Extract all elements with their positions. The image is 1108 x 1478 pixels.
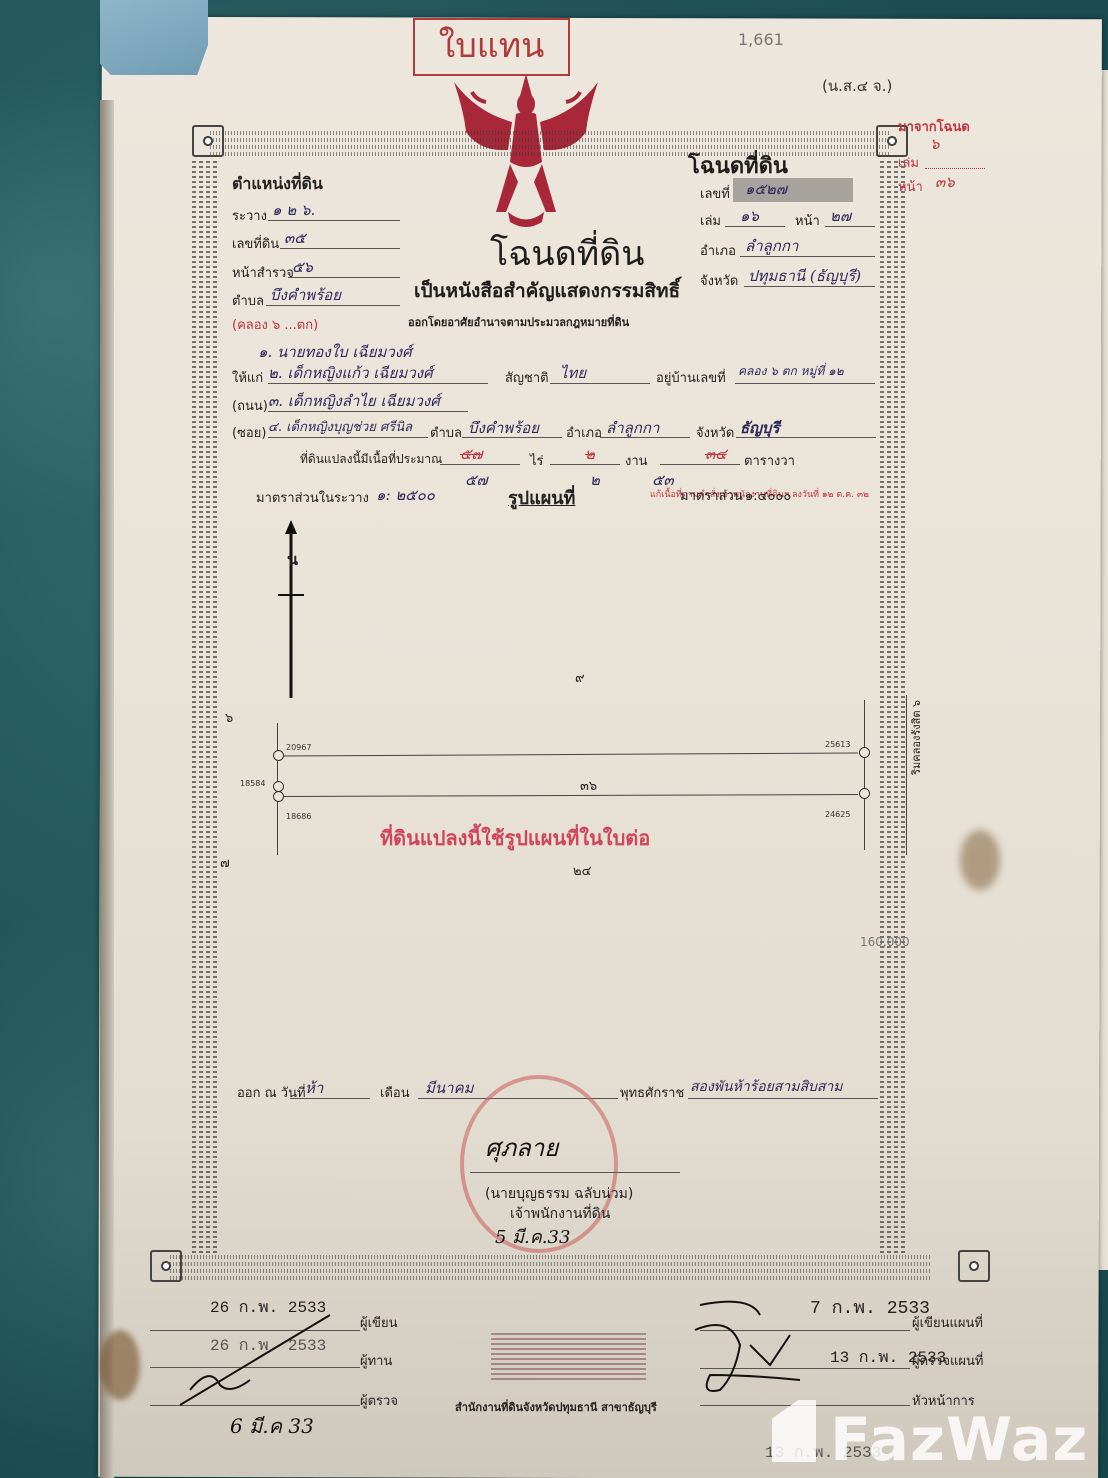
area-label: ที่ดินแปลงนี้มีเนื้อที่ประมาณ [300, 450, 442, 469]
field-line [268, 220, 400, 221]
field-label-parcel-no: เลขที่ดิน [232, 233, 279, 254]
field-line [462, 437, 562, 438]
west-adjacent-parcel: ๖ [225, 707, 233, 728]
issued-month: มีนาคม [425, 1076, 474, 1100]
issued-prefix: ออก ณ วันที่ [237, 1082, 306, 1103]
soi-label: (ซอย) [232, 422, 266, 443]
field-value-survey-page: ๕๖ [292, 255, 313, 279]
tambon-label: ตำบล [430, 422, 462, 443]
field-value-sheet: ๑ ๒ ๖. [272, 198, 315, 222]
security-border-bottom [170, 1252, 930, 1280]
map-continuation-stamp: ที่ดินแปลงนี้ใช้รูปแผนที่ในใบต่อ [380, 822, 650, 854]
field-line [600, 437, 690, 438]
issued-handwritten-date: 5 มี.ค.33 [495, 1222, 570, 1251]
owner-3: ๓. เด็กหญิงลำไย เฉียมวงศ์ [268, 389, 440, 413]
ngan-label: งาน [625, 450, 648, 471]
owner-2: ๒. เด็กหญิงแก้ว เฉียมวงศ์ [268, 361, 433, 385]
owner-4: ๔. เด็กหญิงบุญช่วย ศรีนิล [268, 416, 412, 437]
canal-line [906, 695, 907, 855]
deed-label-page: หน้า [795, 210, 820, 231]
nationality-value: ไทย [560, 361, 586, 385]
replacement-copy-label: ใบแทน [413, 18, 570, 76]
writer-role: ผู้เขียน [360, 1312, 397, 1333]
parcel-number-label: ๓๖ [580, 775, 597, 796]
field-line [290, 1098, 370, 1099]
field-line [736, 437, 876, 438]
month-label: เดือน [380, 1082, 410, 1103]
field-line [825, 226, 875, 227]
document-authority: ออกโดยอาศัยอำนาจตามประมวลกฎหมายที่ดิน [408, 313, 629, 331]
southwest-parcel: ๗ [220, 852, 230, 873]
field-line [725, 226, 785, 227]
document-subtitle: เป็นหนังสือสำคัญแสดงกรรมสิทธิ์ [414, 276, 680, 306]
province-label: จังหวัด [696, 422, 734, 443]
margin-note-page-value: ๓๖ [935, 170, 955, 194]
security-border-left [192, 158, 218, 1253]
map-heading: รูปแผนที่ [508, 483, 575, 512]
signature-line [470, 1172, 680, 1173]
official-signature: ศุภลาย [485, 1128, 558, 1167]
deed-label-number: เลขที่ [700, 183, 730, 204]
deed-label-province: จังหวัด [700, 270, 738, 291]
inspector-role: ผู้ตรวจ [360, 1390, 398, 1411]
pencil-number: 1,661 [738, 30, 784, 49]
field-label-tambon: ตำบล [232, 290, 264, 311]
red-canal-note: (คลอง ๖ ...ตก) [232, 314, 318, 335]
pin-label: 20967 [286, 743, 311, 752]
land-position-heading: ตำแหน่งที่ดิน [232, 172, 323, 197]
margin-note-book-label: เล่ม [898, 152, 919, 173]
boundary-pin [273, 791, 284, 802]
deed-label-book: เล่ม [700, 210, 721, 231]
boundary-pin [859, 747, 870, 758]
corner-ornament-icon [150, 1250, 182, 1282]
pencil-price-note: 160,000 [860, 935, 910, 949]
field-line [740, 256, 875, 257]
map-scale-label: มาตราส่วน [680, 485, 743, 506]
paper-shadow-edge [100, 100, 114, 1478]
reviewer-role: ผู้ทาน [360, 1350, 392, 1371]
field-line [660, 464, 740, 465]
security-border-top [210, 128, 890, 156]
area-ngan: ๒ [590, 468, 600, 492]
field-line [550, 383, 650, 384]
boundary-pin [273, 750, 284, 761]
map-scale-value: ๑:๔๐๐๐ [745, 485, 791, 506]
field-line [266, 305, 400, 306]
deed-label-amphoe: อำเภอ [700, 240, 736, 261]
margin-note-line [925, 168, 985, 169]
nationality-label: สัญชาติ [505, 367, 549, 388]
field-line [288, 277, 400, 278]
field-line [268, 411, 468, 412]
north-label: น [287, 548, 298, 573]
field-value-parcel-no: ๓๕ [284, 226, 306, 250]
boundary-pin [859, 788, 870, 799]
map-checker-role: ผู้ตรวจแผนที่ [912, 1350, 983, 1371]
address-value: คลอง ๖ ตก หมู่ที่ ๑๒ [738, 362, 844, 381]
deed-value-province: ปทุมธานี (ธัญบุรี) [748, 264, 861, 288]
issued-year: สองพันห้าร้อยสามสิบสาม [690, 1076, 843, 1098]
map-signatures [690, 1295, 890, 1410]
deed-value-amphoe: ลำลูกกา [745, 234, 798, 258]
issued-day: ห้า [305, 1076, 323, 1100]
issuing-office: สำนักงานที่ดินจังหวัดปทุมธานี สาขาธัญบุร… [455, 1398, 657, 1416]
area-wa-crossed: ๓๔ [705, 442, 727, 466]
field-label-survey-page: หน้าสำรวจ [232, 262, 294, 283]
field-line [280, 248, 400, 249]
east-canal-label: ริมคลองรังสิต ๖ [908, 700, 926, 775]
deed-value-number: ๑๕๒๗ [745, 177, 787, 201]
amphoe-label: อำเภอ [566, 422, 602, 443]
watermark: FazWaz [830, 1405, 1088, 1475]
pin-label: 24625 [825, 810, 850, 819]
form-code: (น.ส.๔ จ.) [822, 74, 892, 98]
address-label: อยู่บ้านเลขที่ [656, 367, 726, 388]
area-ngan-crossed: ๒ [585, 442, 595, 466]
map-boundary-east [864, 700, 865, 850]
field-line [550, 464, 620, 465]
sheet-scale-label: มาตราส่วนในระวาง [256, 487, 369, 508]
inspector-signature [170, 1305, 350, 1415]
north-adjacent-parcel: ๙ [575, 667, 585, 688]
margin-note-value: ๖ [930, 132, 940, 156]
corner-ornament-icon [958, 1250, 990, 1282]
field-line [440, 464, 520, 465]
pin-label: 18686 [286, 812, 311, 821]
area-rai-crossed: ๕๗ [460, 442, 483, 466]
south-adjacent-parcel: ๒๔ [573, 860, 591, 881]
rai-label: ไร่ [530, 450, 544, 471]
pin-label: 18584 [240, 779, 265, 788]
field-line [268, 383, 488, 384]
given-to-label: ให้แก่ [232, 367, 263, 388]
area-rai: ๕๗ [465, 468, 488, 492]
map-writer-role: ผู้เขียนแผนที่ [912, 1312, 983, 1333]
field-line [268, 437, 428, 438]
document-title: โฉนดที่ดิน [490, 226, 644, 280]
stain [100, 1330, 140, 1400]
field-label-sheet: ระวาง [232, 205, 267, 226]
field-line [735, 383, 875, 384]
wa-label: ตารางวา [744, 450, 795, 471]
field-value-tambon: บึงคำพร้อย [270, 283, 341, 307]
stain [960, 830, 1000, 890]
field-line [744, 286, 875, 287]
blue-tape [100, 0, 208, 75]
pin-label: 25613 [825, 740, 850, 749]
margin-note-page-label: หน้า [898, 176, 923, 197]
deed-value-page: ๒๗ [830, 204, 851, 228]
sheet-scale-value: ๑: ๒๕๐๐ [376, 483, 435, 507]
serial-number-box [491, 1330, 646, 1380]
corner-ornament-icon [192, 125, 224, 157]
north-arrow-icon [276, 520, 306, 700]
deed-value-book: ๑๖ [740, 204, 759, 228]
inspector-handwritten-date: 6 มี.ค 33 [230, 1410, 314, 1442]
year-label: พุทธศักราช [620, 1082, 684, 1103]
security-border-right [880, 158, 906, 1253]
road-label: (ถนน) [232, 395, 268, 416]
official-name: (นายบุญธรรม ฉลับน่วม) [485, 1183, 633, 1205]
field-line [688, 1098, 878, 1099]
